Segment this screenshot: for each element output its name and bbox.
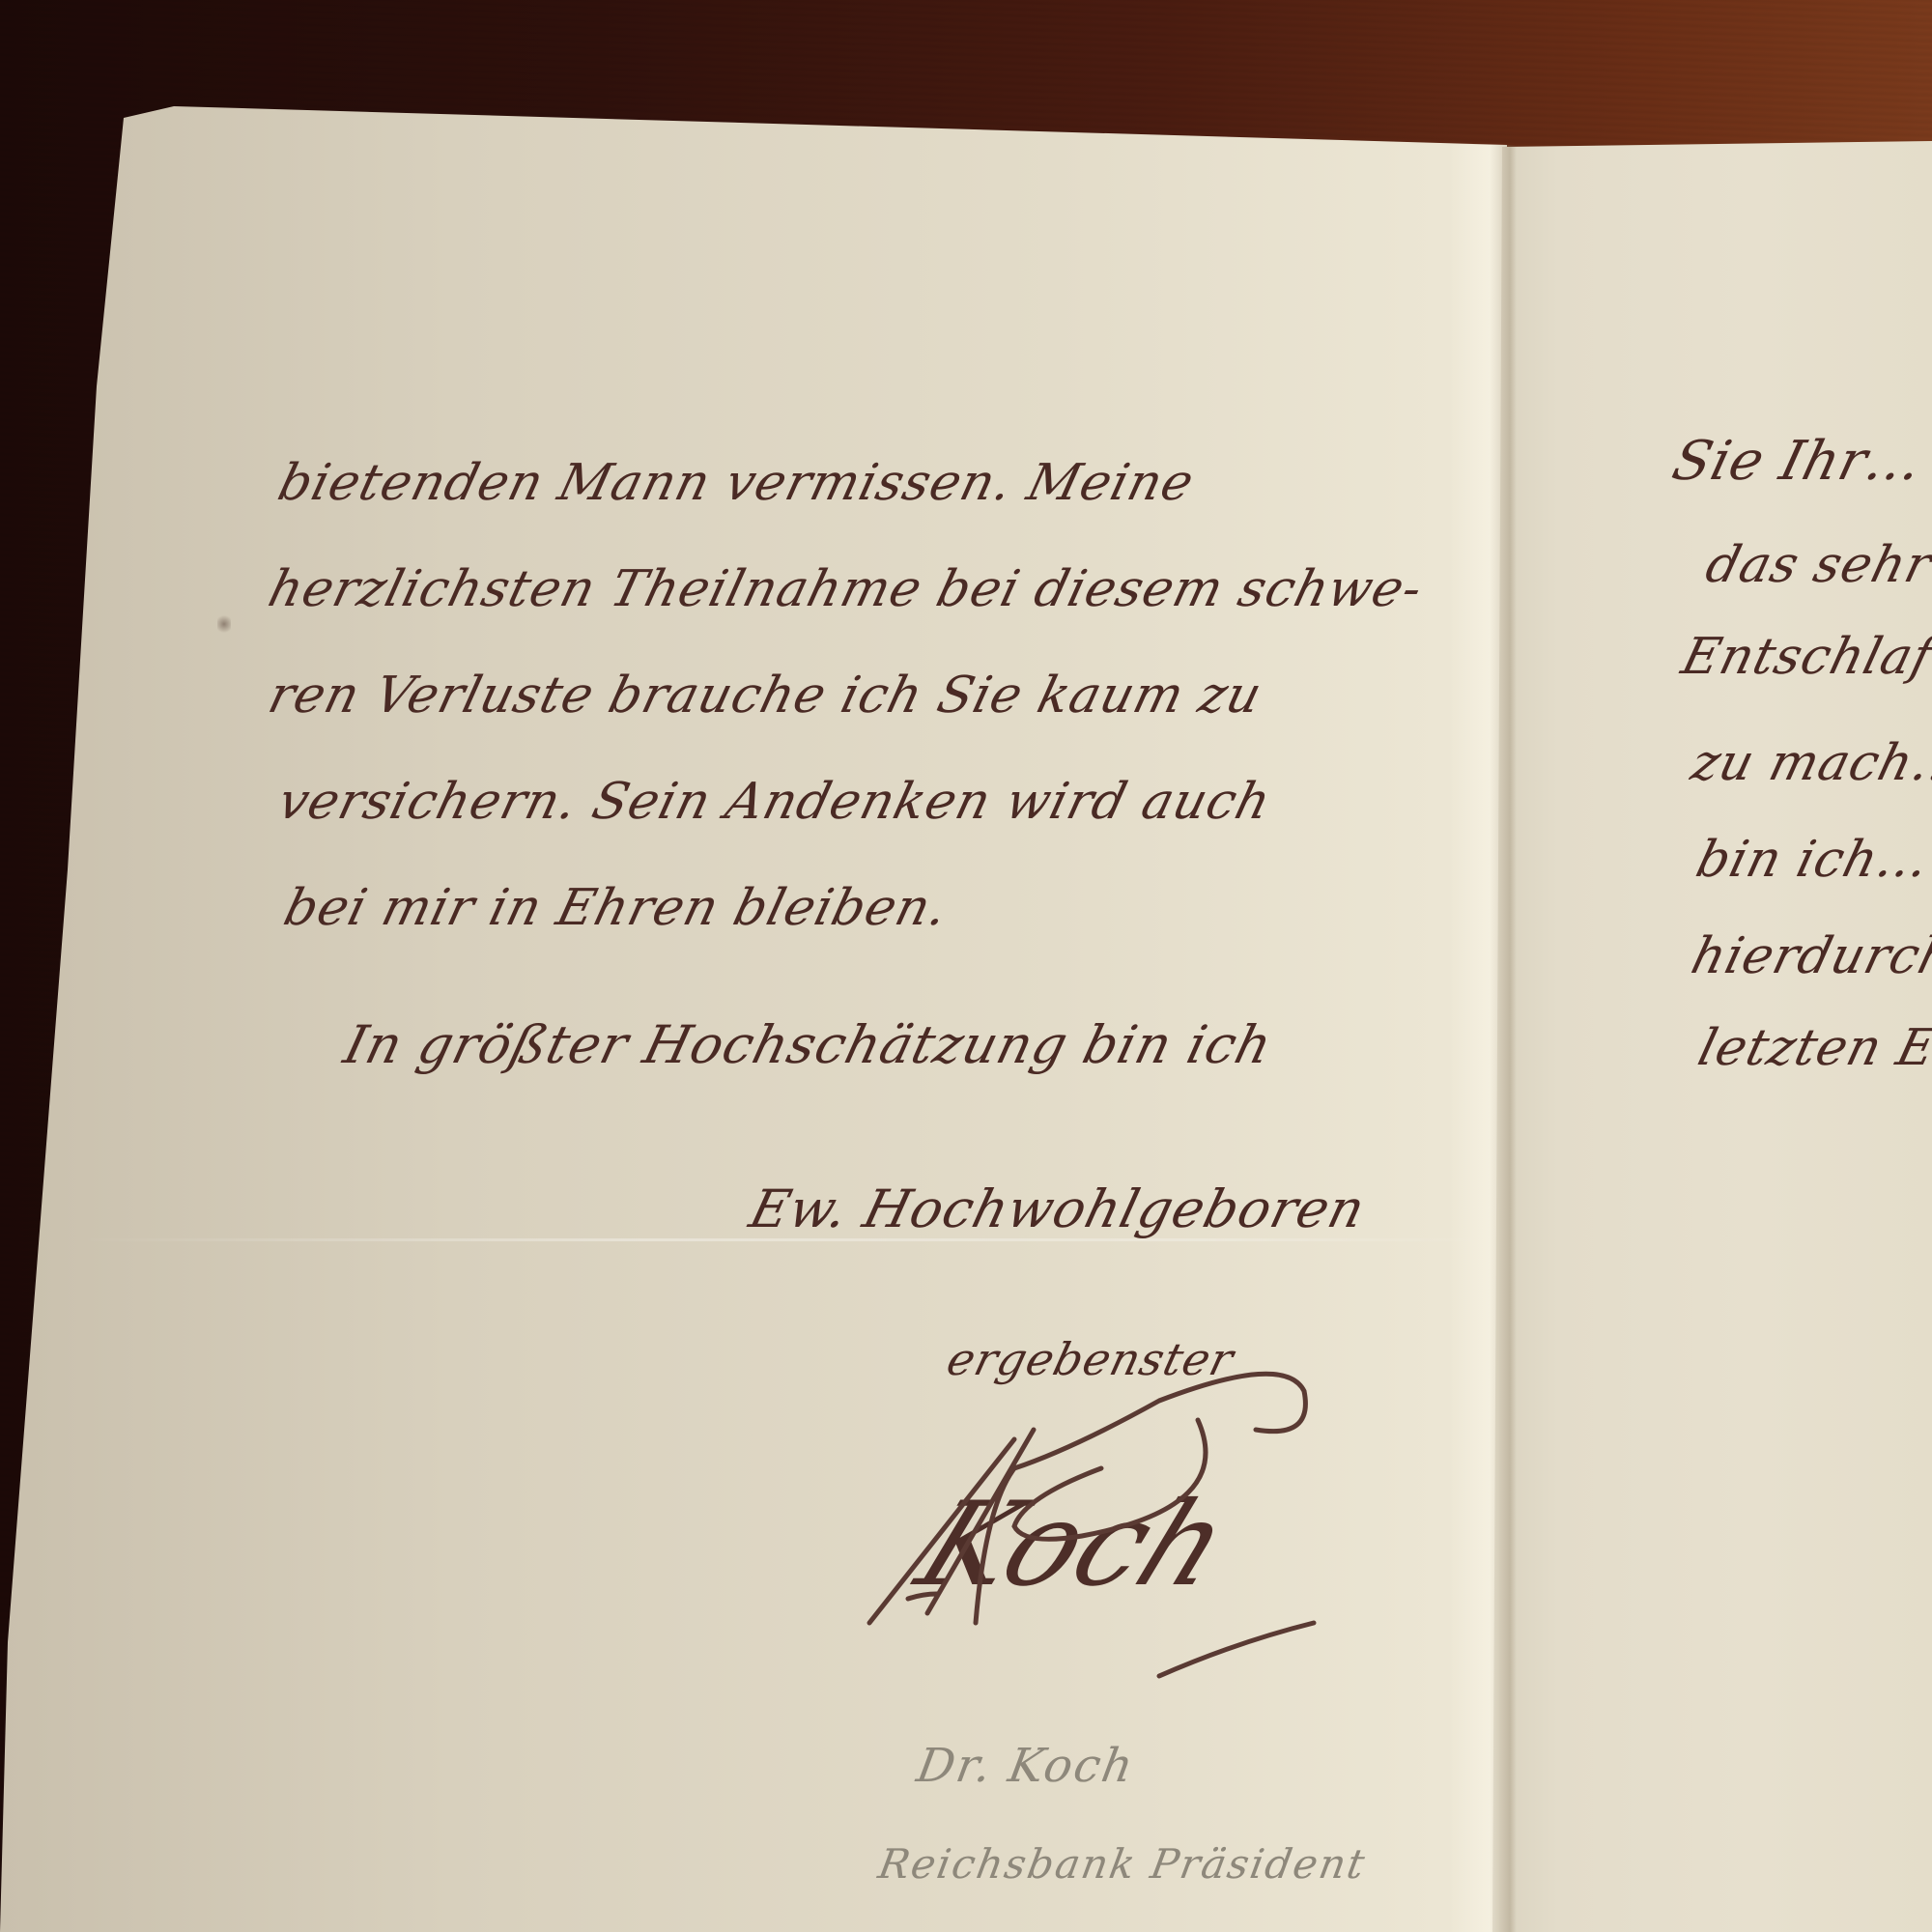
pencil-line-1: Dr. Koch [913, 1739, 1139, 1793]
body-line-3: ren Verluste brauche ich Sie kaum zu [263, 667, 1268, 724]
right-line-1: Sie Ihr… [1666, 430, 1929, 493]
body-line-4: versichern. Sein Andenken wird auch [272, 773, 1277, 831]
right-line-2: das sehr… [1700, 536, 1932, 594]
right-line-3: Entschlafen… [1676, 628, 1932, 686]
body-line-2: herzlichsten Theilnahme bei diesem schwe… [263, 560, 1429, 618]
page-fold-gutter [1449, 145, 1517, 1932]
right-line-6: hierdurch [1686, 927, 1932, 985]
right-line-5: bin ich… [1690, 831, 1932, 889]
right-line-4: zu mach… [1686, 734, 1932, 792]
ink-smudge-mark [217, 613, 231, 635]
closing-line-1: In größter Hochschätzung bin ich [338, 1014, 1279, 1075]
closing-line-2: Ew. Hochwohlgeboren [744, 1179, 1372, 1239]
body-line-5: bei mir in Ehren bleiben. [278, 879, 954, 937]
signature-flourish-icon [831, 1333, 1372, 1700]
body-line-1: bietenden Mann vermissen. Meine [272, 454, 1200, 512]
pencil-line-2: Reichsbank Präsident [875, 1840, 1370, 1888]
right-line-7: letzten E… [1692, 1019, 1932, 1077]
